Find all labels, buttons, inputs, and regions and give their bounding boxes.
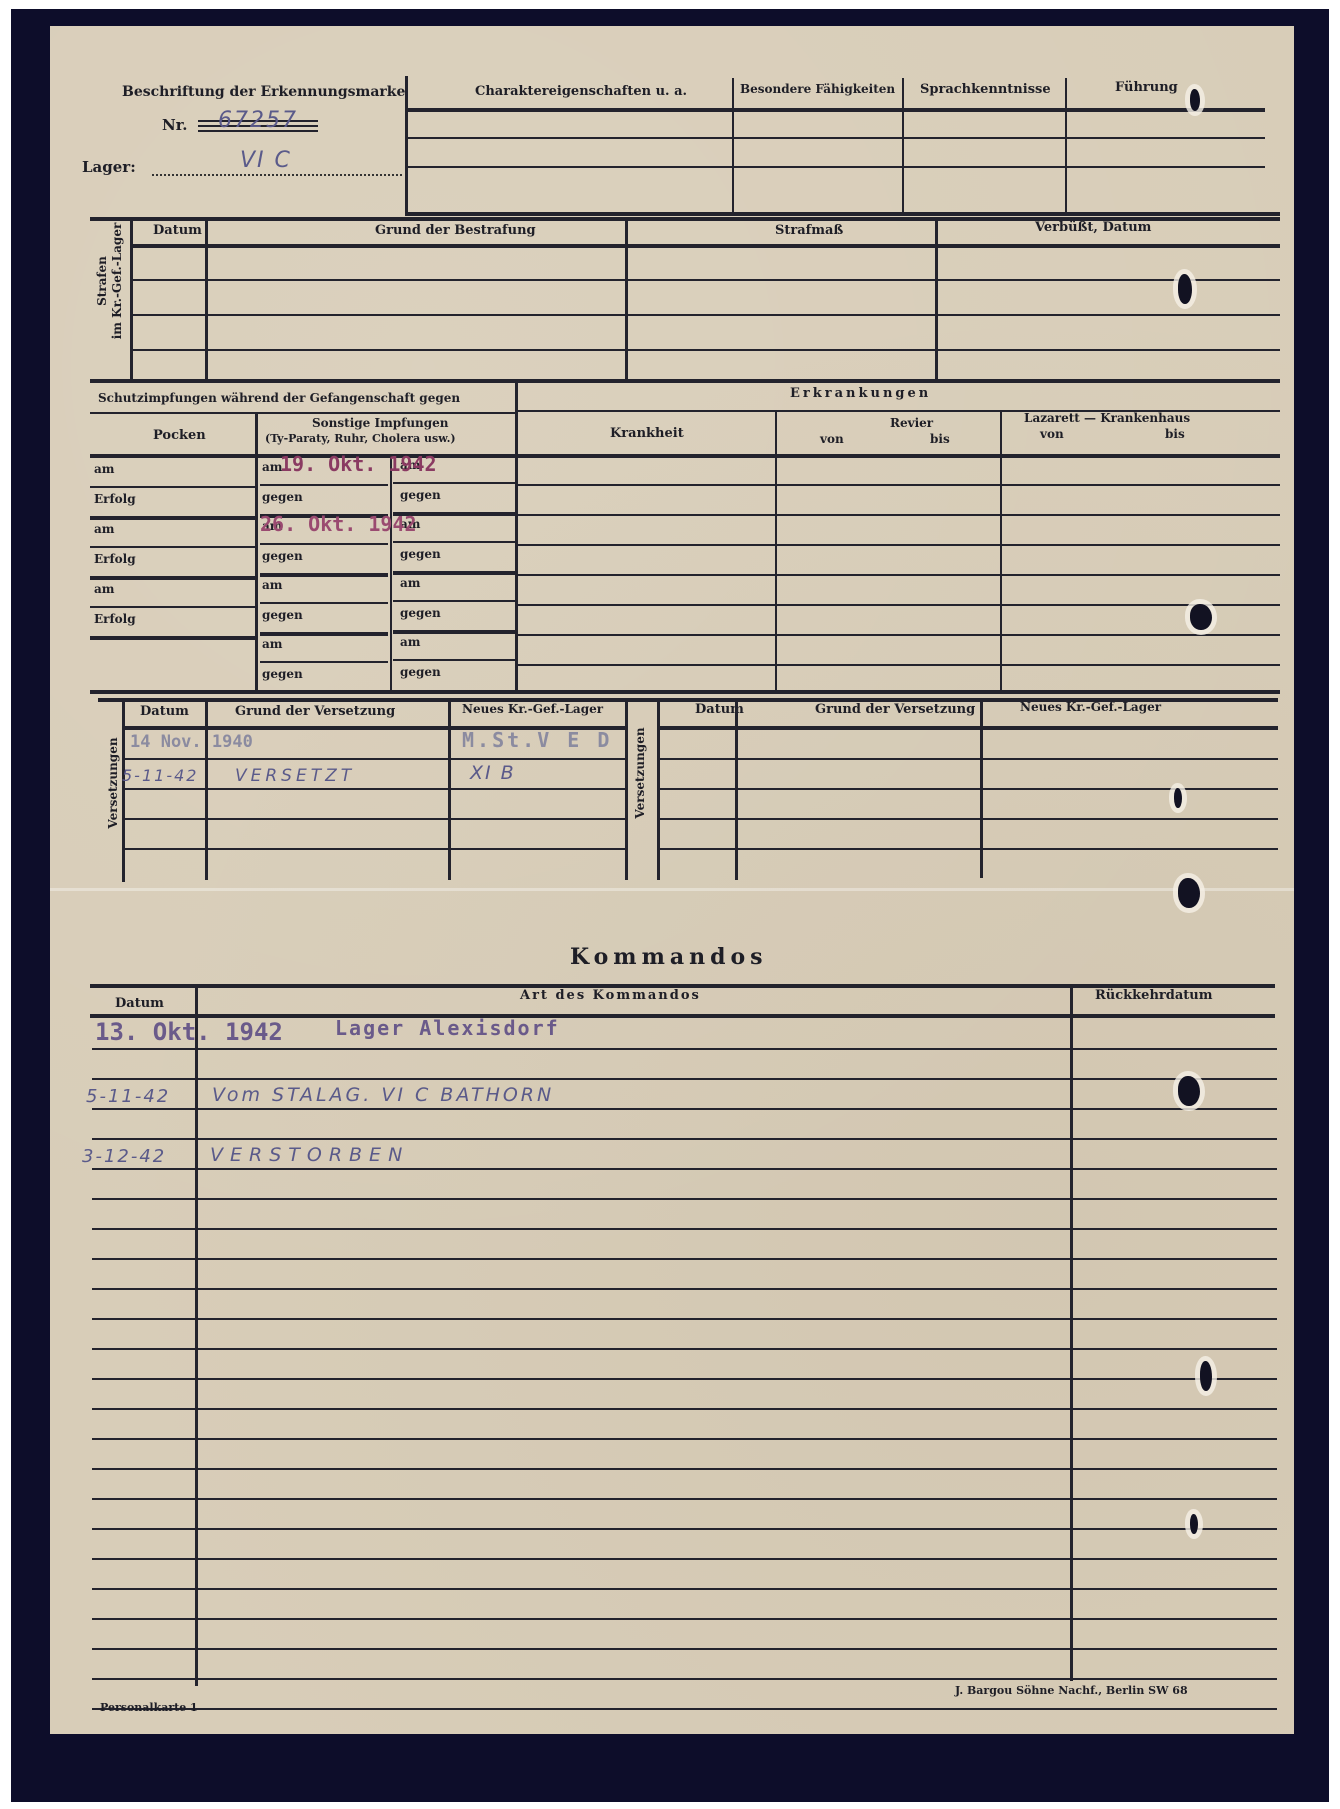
sonstige-row-label: am [262,578,282,592]
vers-row-1-datum: 14 Nov. 1940 [130,732,253,752]
sonstige-row-label: gegen [400,606,441,620]
kom-row-3-art: VERSTORBEN [210,1144,409,1166]
punch-hole [1178,878,1200,908]
versetzungen-side-label-right: Versetzungen [633,718,647,828]
col-lazarett: Lazarett — Krankenhaus [1024,411,1190,425]
lager-value: VI C [240,148,292,173]
vers-col-lager-left: Neues Kr.-Gef.-Lager [462,702,603,716]
vers-col-grund-left: Grund der Versetzung [235,704,395,719]
punch-hole [1190,604,1212,630]
erkrankungen-title: Erkrankungen [790,386,931,401]
pocken-row-label: Erfolg [94,552,136,566]
col-faehigkeiten: Besondere Fähigkeiten [740,82,895,96]
vers-col-datum-left: Datum [140,704,189,719]
erkennungsmarke-title: Beschriftung der Erkennungsmarke [122,84,405,100]
col-pocken: Pocken [153,428,206,443]
vers-col-lager-right: Neues Kr.-Gef.-Lager [1020,700,1161,714]
punch-hole [1200,1361,1212,1391]
col-revier: Revier [890,416,933,430]
sonstige-row-label: gegen [262,490,303,504]
printer-imprint: J. Bargou Söhne Nachf., Berlin SW 68 [955,1684,1188,1697]
sonstige-row-label: gegen [400,665,441,679]
col-fuehrung: Führung [1115,80,1178,95]
revier-von: von [820,432,844,446]
personalkarte-sheet: Beschriftung der Erkennungsmarke Nr. 672… [50,26,1294,1734]
punch-hole [1178,274,1192,304]
col-sprachkenntnisse: Sprachkenntnisse [920,82,1051,97]
strafen-side-label: Strafenim Kr.-Gef.-Lager [95,211,125,351]
pocken-row-label: Erfolg [94,492,136,506]
punch-hole [1174,788,1182,808]
col-sonstige: Sonstige Impfungen [312,416,449,430]
lager-field [152,174,402,176]
fold-line [50,888,1294,891]
sonstige-row-label: gegen [262,608,303,622]
versetzungen-side-label-left: Versetzungen [106,728,120,838]
col-krankheit: Krankheit [610,426,684,441]
punch-hole [1190,1514,1198,1534]
impf-stamp-1: 19. Okt. 1942 [280,452,437,476]
sonstige-row-label: gegen [400,488,441,502]
sonstige-row-label: am [400,576,420,590]
nr-label: Nr. [162,116,187,134]
pocken-row-label: am [94,462,114,476]
vers-row-2-grund: VERSETZT [235,766,355,786]
sonstige-row-label: gegen [400,547,441,561]
form-name: Personalkarte 1 [100,1701,198,1714]
pocken-row-label: Erfolg [94,612,136,626]
sonstige-row-label: am [262,637,282,651]
impfungen-title: Schutzimpfungen während der Gefangenscha… [98,391,460,405]
sonstige-row-label: am [400,635,420,649]
lazarett-bis: bis [1165,427,1185,441]
kom-row-2-art: Vom STALAG. VI C BATHORN [212,1084,554,1106]
col-sonstige-sub: (Ty-Paraty, Ruhr, Cholera usw.) [265,432,456,445]
lazarett-von: von [1040,427,1064,441]
punch-hole [1190,89,1200,111]
impf-stamp-2: 26. Okt. 1942 [260,512,417,536]
sonstige-row-label: gegen [262,667,303,681]
strafen-col-strafmass: Strafmaß [775,223,843,238]
strafen-col-verbuesst: Verbüßt, Datum [1035,220,1151,235]
vers-row-2-lager: XI B [470,762,516,784]
kommandos-title: Kommandos [570,944,768,970]
vers-row-1-lager: M.St.V E D [462,728,612,752]
kom-row-1-datum: 13. Okt. 1942 [95,1018,283,1046]
punch-hole [1178,1076,1200,1106]
kom-row-1-art: Lager Alexisdorf [335,1016,560,1040]
sonstige-row-label: gegen [262,549,303,563]
nr-field: 67257 [198,114,318,136]
kom-col-rueckkehr: Rückkehrdatum [1095,988,1212,1003]
vers-row-2-datum: 5-11-42 [122,766,198,785]
strafen-col-datum: Datum [153,223,202,238]
col-charakter: Charaktereigenschaften u. a. [475,84,687,99]
kom-row-2-datum: 5-11-42 [86,1086,170,1107]
pocken-row-label: am [94,522,114,536]
lager-label: Lager: [82,158,136,176]
kom-col-art: Art des Kommandos [520,988,701,1003]
nr-value: 67257 [218,108,298,133]
vers-col-grund-right: Grund der Versetzung [815,702,975,717]
strafen-col-grund: Grund der Bestrafung [375,223,536,238]
pocken-row-label: am [94,582,114,596]
kom-col-datum: Datum [115,996,164,1011]
kom-row-3-datum: 3-12-42 [82,1146,166,1167]
revier-bis: bis [930,432,950,446]
